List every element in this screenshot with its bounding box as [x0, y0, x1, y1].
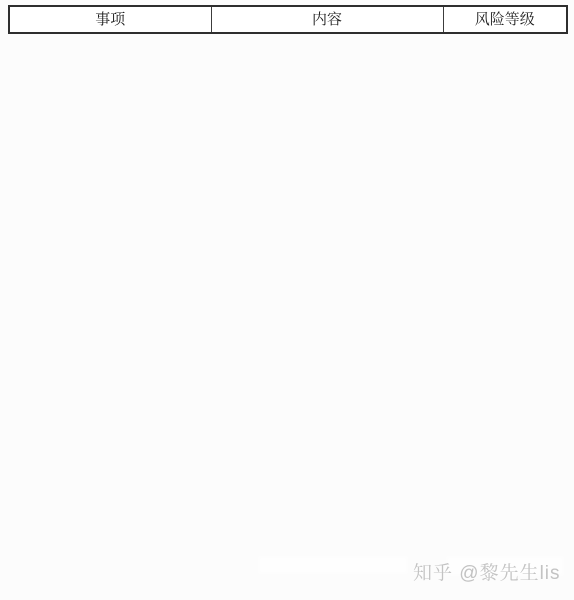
risk-level-table: 事项内容风险等级	[8, 5, 568, 34]
column-header-2: 风险等级	[443, 6, 567, 33]
column-header-0: 事项	[9, 6, 211, 33]
watermark-blur-patch	[258, 556, 408, 574]
header-row: 事项内容风险等级	[9, 6, 567, 33]
column-header-1: 内容	[211, 6, 443, 33]
risk-table-container: 事项内容风险等级	[8, 5, 566, 34]
zhihu-watermark: 知乎 @黎先生lis	[413, 558, 574, 585]
